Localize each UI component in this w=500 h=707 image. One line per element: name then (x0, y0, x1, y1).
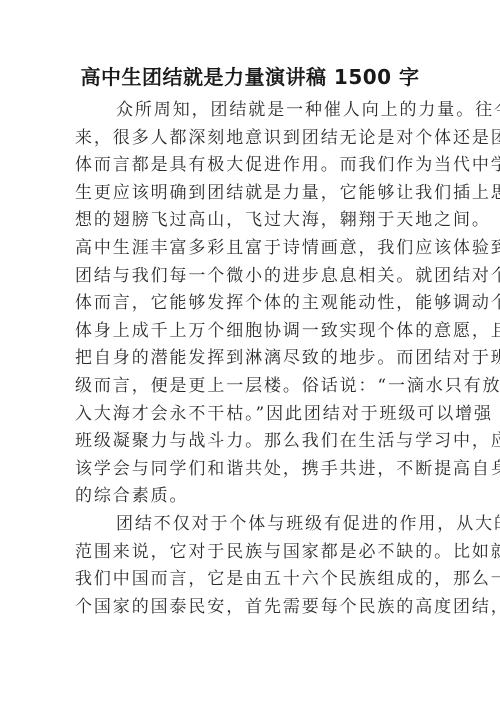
text-line: 团结与我们每一个微小的进步息息相关。就团结对个 (75, 263, 427, 291)
text-line: 想的翅膀飞过高山，飞过大海，翱翔于天地之间。 (75, 207, 427, 235)
text-line: 的综合素质。 (75, 483, 427, 511)
text-line: 班级凝聚力与战斗力。那么我们在生活与学习中，应 (75, 428, 427, 456)
document-title: 高中生团结就是力量演讲稿 1500 字 (0, 64, 500, 90)
text-line: 生更应该明确到团结就是力量，它能够让我们插上思 (75, 180, 427, 208)
document-page: 高中生团结就是力量演讲稿 1500 字 众所周知，团结就是一种催人向上的力量。往… (0, 0, 500, 707)
text-line: 高中生涯丰富多彩且富于诗情画意，我们应该体验到 (75, 235, 427, 263)
text-line: 团结不仅对于个体与班级有促进的作用，从大的 (75, 511, 427, 539)
document-body: 众所周知，团结就是一种催人向上的力量。往今 来，很多人都深刻地意识到团结无论是对… (75, 97, 427, 621)
text-line: 众所周知，团结就是一种催人向上的力量。往今 (75, 97, 427, 125)
text-line: 范围来说，它对于民族与国家都是必不缺的。比如就 (75, 539, 427, 567)
text-line: 该学会与同学们和谐共处，携手共进，不断提高自身 (75, 456, 427, 484)
text-line: 体身上成千上万个细胞协调一致实现个体的意愿，且 (75, 318, 427, 346)
text-line: 把自身的潜能发挥到淋漓尽致的地步。而团结对于班 (75, 345, 427, 373)
text-line: 我们中国而言，它是由五十六个民族组成的，那么一 (75, 566, 427, 594)
text-line: 来，很多人都深刻地意识到团结无论是对个体还是团 (75, 125, 427, 153)
text-line: 级而言，便是更上一层楼。俗话说：“一滴水只有放 (75, 373, 427, 401)
text-line: 个国家的国泰民安，首先需要每个民族的高度团结， (75, 594, 427, 622)
text-line: 入大海才会永不干枯。”因此团结对于班级可以增强 (75, 401, 427, 429)
text-line: 体而言，它能够发挥个体的主观能动性，能够调动个 (75, 290, 427, 318)
text-line: 体而言都是具有极大促进作用。而我们作为当代中学 (75, 152, 427, 180)
